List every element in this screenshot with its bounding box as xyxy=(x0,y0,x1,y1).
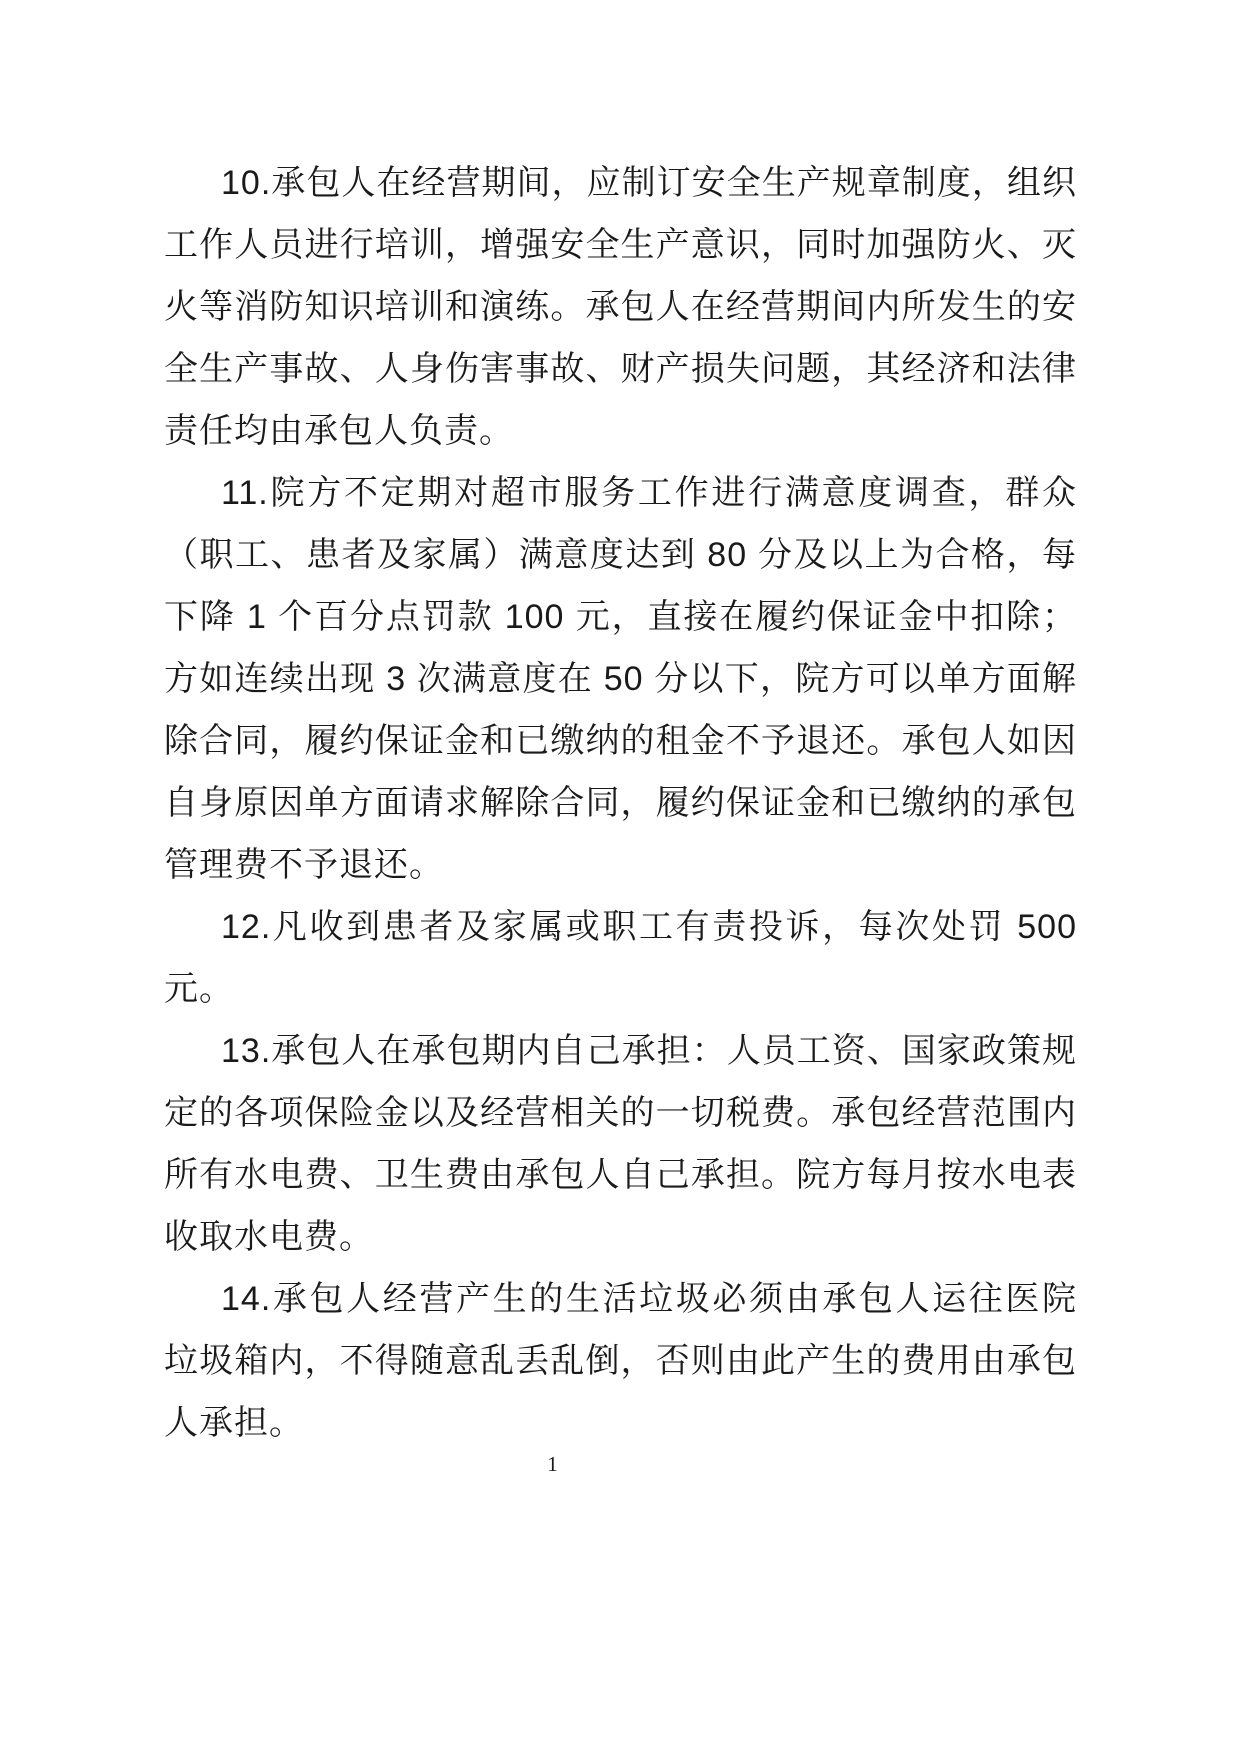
text-line: 管理费不予退还。 xyxy=(164,834,1077,896)
text-line: 垃圾箱内，不得随意乱丢乱倒，否则由此产生的费用由承包 xyxy=(164,1330,1077,1392)
paragraph: 12.凡收到患者及家属或职工有责投诉，每次处罚 500元。 xyxy=(164,896,1077,1020)
page-number: 1 xyxy=(0,1452,1105,1477)
document-body: 10.承包人在经营期间，应制订安全生产规章制度，组织工作人员进行培训，增强安全生… xyxy=(164,152,1077,1454)
paragraph: 11.院方不定期对超市服务工作进行满意度调查，群众（职工、患者及家属）满意度达到… xyxy=(164,462,1077,896)
text-line: 工作人员进行培训，增强安全生产意识，同时加强防火、灭 xyxy=(164,214,1077,276)
text-line: 除合同，履约保证金和已缴纳的租金不予退还。承包人如因 xyxy=(164,710,1077,772)
text-line: 10.承包人在经营期间，应制订安全生产规章制度，组织 xyxy=(164,152,1077,214)
text-line: 11.院方不定期对超市服务工作进行满意度调查，群众 xyxy=(164,462,1077,524)
paragraph: 14.承包人经营产生的生活垃圾必须由承包人运往医院垃圾箱内，不得随意乱丢乱倒，否… xyxy=(164,1268,1077,1454)
text-line: 13.承包人在承包期内自己承担：人员工资、国家政策规 xyxy=(164,1020,1077,1082)
paragraph: 10.承包人在经营期间，应制订安全生产规章制度，组织工作人员进行培训，增强安全生… xyxy=(164,152,1077,462)
text-line: 12.凡收到患者及家属或职工有责投诉，每次处罚 500 xyxy=(164,896,1077,958)
text-line: 14.承包人经营产生的生活垃圾必须由承包人运往医院 xyxy=(164,1268,1077,1330)
text-line: 定的各项保险金以及经营相关的一切税费。承包经营范围内 xyxy=(164,1082,1077,1144)
paragraph: 13.承包人在承包期内自己承担：人员工资、国家政策规定的各项保险金以及经营相关的… xyxy=(164,1020,1077,1268)
text-line: 元。 xyxy=(164,958,1077,1020)
text-line: 自身原因单方面请求解除合同，履约保证金和已缴纳的承包 xyxy=(164,772,1077,834)
text-line: 所有水电费、卫生费由承包人自己承担。院方每月按水电表 xyxy=(164,1144,1077,1206)
text-line: 下降 1 个百分点罚款 100 元，直接在履约保证金中扣除；乙 xyxy=(164,586,1077,648)
text-line: 火等消防知识培训和演练。承包人在经营期间内所发生的安 xyxy=(164,276,1077,338)
text-line: 责任均由承包人负责。 xyxy=(164,400,1077,462)
document-page: 10.承包人在经营期间，应制订安全生产规章制度，组织工作人员进行培训，增强安全生… xyxy=(0,0,1241,1755)
text-line: 收取水电费。 xyxy=(164,1206,1077,1268)
text-line: 人承担。 xyxy=(164,1392,1077,1454)
text-line: （职工、患者及家属）满意度达到 80 分及以上为合格，每 xyxy=(164,524,1077,586)
text-line: 全生产事故、人身伤害事故、财产损失问题，其经济和法律 xyxy=(164,338,1077,400)
text-line: 方如连续出现 3 次满意度在 50 分以下，院方可以单方面解 xyxy=(164,648,1077,710)
